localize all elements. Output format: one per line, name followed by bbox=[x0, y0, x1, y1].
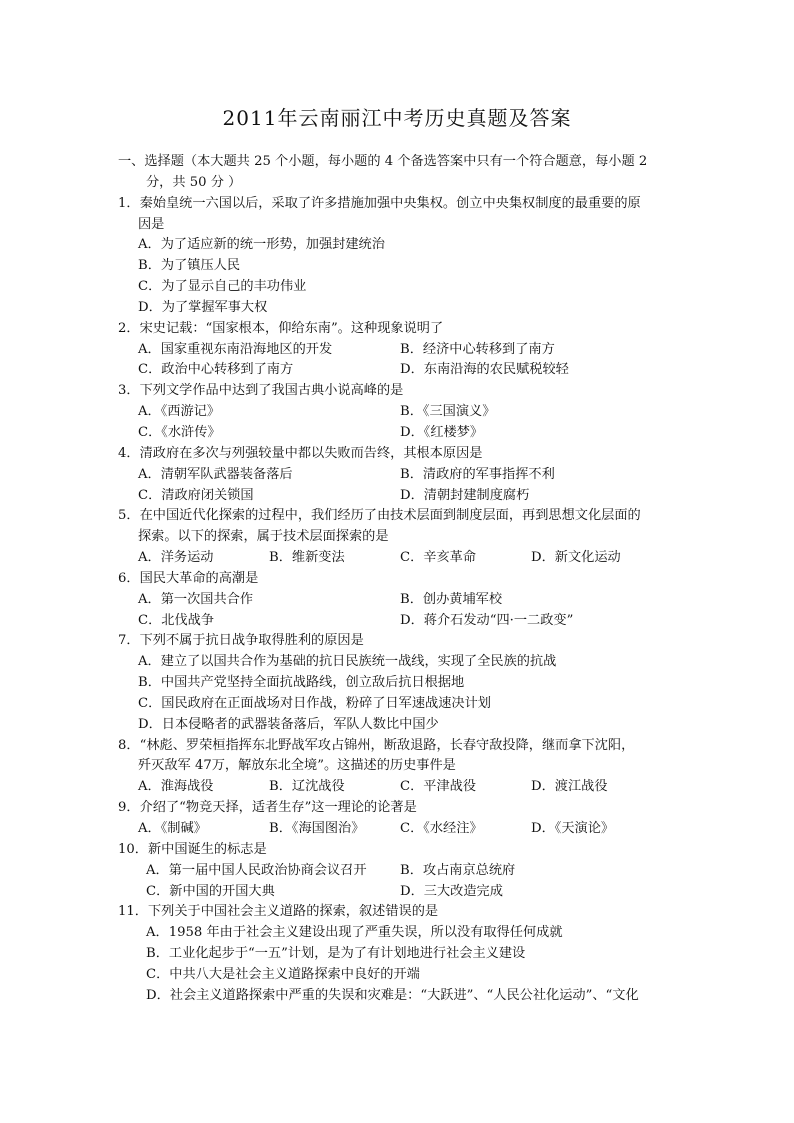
option-d: D．三大改造完成 bbox=[400, 882, 662, 903]
option-d: D．蒋介石发动“四·一二政变” bbox=[400, 611, 662, 632]
question-1: 1．秦始皇统一六国以后，采取了许多措施加强中央集权。创立中央集权制度的最重要的原… bbox=[118, 194, 678, 319]
option-c: C．北伐战争 bbox=[138, 611, 400, 632]
question-stem-line: 11．下列关于中国社会主义道路的探索，叙述错误的是 bbox=[118, 902, 678, 923]
option-a: A．为了适应新的统一形势，加强封建统治 bbox=[118, 235, 678, 256]
question-list: 一、选择题（本大题共 25 个小题，每小题的 4 个备选答案中只有一个符合题意，… bbox=[118, 152, 678, 1007]
option-row: A．第一次国共合作B．创办黄埔军校 bbox=[118, 590, 678, 611]
question-stem-line: 6．国民大革命的高潮是 bbox=[118, 569, 678, 590]
option-a: A．淮海战役 bbox=[138, 777, 269, 798]
question-stem-line: 3．下列文学作品中达到了我国古典小说高峰的是 bbox=[118, 381, 678, 402]
option-c: C．《水经注》 bbox=[400, 819, 531, 840]
question-stem-line: 9．介绍了“物竞天择，适者生存”这一理论的论著是 bbox=[118, 798, 678, 819]
option-row: A．《制碱》B．《海国图治》C．《水经注》D．《天演论》 bbox=[118, 819, 678, 840]
option-row: C．清政府闭关锁国D．清朝封建制度腐朽 bbox=[118, 486, 678, 507]
option-b: B．《三国演义》 bbox=[400, 402, 662, 423]
question-stem-line: 10．新中国诞生的标志是 bbox=[118, 840, 678, 861]
question-6: 6．国民大革命的高潮是A．第一次国共合作B．创办黄埔军校C．北伐战争D．蒋介石发… bbox=[118, 569, 678, 632]
option-b: B．经济中心转移到了南方 bbox=[400, 340, 662, 361]
option-d: D．社会主义道路探索中严重的失误和灾难是：“大跃进”、“人民公社化运动”、“文化 bbox=[118, 986, 678, 1007]
question-stem-line: 8．“林彪、罗荣桓指挥东北野战军攻占锦州，断敌退路，长春守敌投降，继而拿下沈阳， bbox=[118, 736, 678, 757]
document-title: 2011年云南丽江中考历史真题及答案 bbox=[0, 104, 794, 132]
question-stem-line: 1．秦始皇统一六国以后，采取了许多措施加强中央集权。创立中央集权制度的最重要的原 bbox=[118, 194, 678, 215]
question-stem-line: 因是 bbox=[118, 215, 678, 236]
option-a: A．《西游记》 bbox=[138, 402, 400, 423]
option-row: A．淮海战役B．辽沈战役C．平津战役D．渡江战役 bbox=[118, 777, 678, 798]
question-stem-line: 4．清政府在多次与列强较量中都以失败而告终，其根本原因是 bbox=[118, 444, 678, 465]
option-a: A．国家重视东南沿海地区的开发 bbox=[138, 340, 400, 361]
option-b: B．工业化起步于“一五”计划，是为了有计划地进行社会主义建设 bbox=[118, 944, 678, 965]
option-b: B．《海国图治》 bbox=[269, 819, 400, 840]
option-row: C．新中国的开国大典D．三大改造完成 bbox=[118, 882, 678, 903]
option-b: B．维新变法 bbox=[269, 548, 400, 569]
option-row: A．洋务运动B．维新变法C．辛亥革命D．新文化运动 bbox=[118, 548, 678, 569]
question-2: 2．宋史记载：“国家根本，仰给东南”。这种现象说明了A．国家重视东南沿海地区的开… bbox=[118, 319, 678, 382]
option-row: A．《西游记》B．《三国演义》 bbox=[118, 402, 678, 423]
question-8: 8．“林彪、罗荣桓指挥东北野战军攻占锦州，断敌退路，长春守敌投降，继而拿下沈阳，… bbox=[118, 736, 678, 799]
question-3: 3．下列文学作品中达到了我国古典小说高峰的是A．《西游记》B．《三国演义》C．《… bbox=[118, 381, 678, 444]
option-d: D．新文化运动 bbox=[531, 548, 662, 569]
option-a: A．清朝军队武器装备落后 bbox=[138, 465, 400, 486]
option-row: A．国家重视东南沿海地区的开发B．经济中心转移到了南方 bbox=[118, 340, 678, 361]
option-row: C．政治中心转移到了南方D．东南沿海的农民赋税较轻 bbox=[118, 360, 678, 381]
option-row: C．《水浒传》D．《红楼梦》 bbox=[118, 423, 678, 444]
question-9: 9．介绍了“物竞天择，适者生存”这一理论的论著是A．《制碱》B．《海国图治》C．… bbox=[118, 798, 678, 840]
option-d: D．《天演论》 bbox=[531, 819, 662, 840]
option-b: B．中国共产党坚持全面抗战路线，创立敌后抗日根据地 bbox=[118, 673, 678, 694]
option-d: D．清朝封建制度腐朽 bbox=[400, 486, 662, 507]
option-b: B．清政府的军事指挥不利 bbox=[400, 465, 662, 486]
option-d: D．日本侵略者的武器装备落后，军队人数比中国少 bbox=[118, 715, 678, 736]
option-d: D．渡江战役 bbox=[531, 777, 662, 798]
option-b: B．辽沈战役 bbox=[269, 777, 400, 798]
option-d: D．《红楼梦》 bbox=[400, 423, 662, 444]
option-c: C．国民政府在正面战场对日作战，粉碎了日军速战速决计划 bbox=[118, 694, 678, 715]
option-c: C．平津战役 bbox=[400, 777, 531, 798]
section-heading-line2: 分，共 50 分 ） bbox=[118, 173, 678, 194]
option-a: A．1958 年由于社会主义建设出现了严重失误，所以没有取得任何成就 bbox=[118, 923, 678, 944]
option-a: A．《制碱》 bbox=[138, 819, 269, 840]
option-row: C．北伐战争D．蒋介石发动“四·一二政变” bbox=[118, 611, 678, 632]
option-a: A．建立了以国共合作为基础的抗日民族统一战线，实现了全民族的抗战 bbox=[118, 652, 678, 673]
question-11: 11．下列关于中国社会主义道路的探索，叙述错误的是A．1958 年由于社会主义建… bbox=[118, 902, 678, 1006]
option-c: C．为了显示自己的丰功伟业 bbox=[118, 277, 678, 298]
option-d: D．为了掌握军事大权 bbox=[118, 298, 678, 319]
option-c: C．《水浒传》 bbox=[138, 423, 400, 444]
question-10: 10．新中国诞生的标志是A．第一届中国人民政治协商会议召开B．攻占南京总统府C．… bbox=[118, 840, 678, 903]
question-stem-line: 探索。以下的探索，属于技术层面探索的是 bbox=[118, 527, 678, 548]
option-a: A．洋务运动 bbox=[138, 548, 269, 569]
option-c: C．中共八大是社会主义道路探索中良好的开端 bbox=[118, 965, 678, 986]
option-row: A．第一届中国人民政治协商会议召开B．攻占南京总统府 bbox=[118, 861, 678, 882]
question-7: 7．下列不属于抗日战争取得胜利的原因是A．建立了以国共合作为基础的抗日民族统一战… bbox=[118, 631, 678, 735]
option-b: B．攻占南京总统府 bbox=[400, 861, 662, 882]
question-stem-line: 7．下列不属于抗日战争取得胜利的原因是 bbox=[118, 631, 678, 652]
option-c: C．政治中心转移到了南方 bbox=[138, 360, 400, 381]
question-stem-line: 5．在中国近代化探索的过程中，我们经历了由技术层面到制度层面，再到思想文化层面的 bbox=[118, 506, 678, 527]
option-row: A．清朝军队武器装备落后B．清政府的军事指挥不利 bbox=[118, 465, 678, 486]
option-b: B．为了镇压人民 bbox=[118, 256, 678, 277]
question-stem-line: 2．宋史记载：“国家根本，仰给东南”。这种现象说明了 bbox=[118, 319, 678, 340]
option-c: C．新中国的开国大典 bbox=[146, 882, 400, 903]
option-a: A．第一次国共合作 bbox=[138, 590, 400, 611]
section-heading-line1: 一、选择题（本大题共 25 个小题，每小题的 4 个备选答案中只有一个符合题意，… bbox=[118, 152, 678, 173]
option-a: A．第一届中国人民政治协商会议召开 bbox=[146, 861, 400, 882]
option-d: D．东南沿海的农民赋税较轻 bbox=[400, 360, 662, 381]
option-b: B．创办黄埔军校 bbox=[400, 590, 662, 611]
option-c: C．清政府闭关锁国 bbox=[138, 486, 400, 507]
document-page: 2011年云南丽江中考历史真题及答案 一、选择题（本大题共 25 个小题，每小题… bbox=[0, 0, 794, 1123]
option-c: C．辛亥革命 bbox=[400, 548, 531, 569]
question-stem-line: 歼灭敌军 47万，解放东北全境”。这描述的历史事件是 bbox=[118, 756, 678, 777]
question-5: 5．在中国近代化探索的过程中，我们经历了由技术层面到制度层面，再到思想文化层面的… bbox=[118, 506, 678, 569]
question-4: 4．清政府在多次与列强较量中都以失败而告终，其根本原因是A．清朝军队武器装备落后… bbox=[118, 444, 678, 507]
